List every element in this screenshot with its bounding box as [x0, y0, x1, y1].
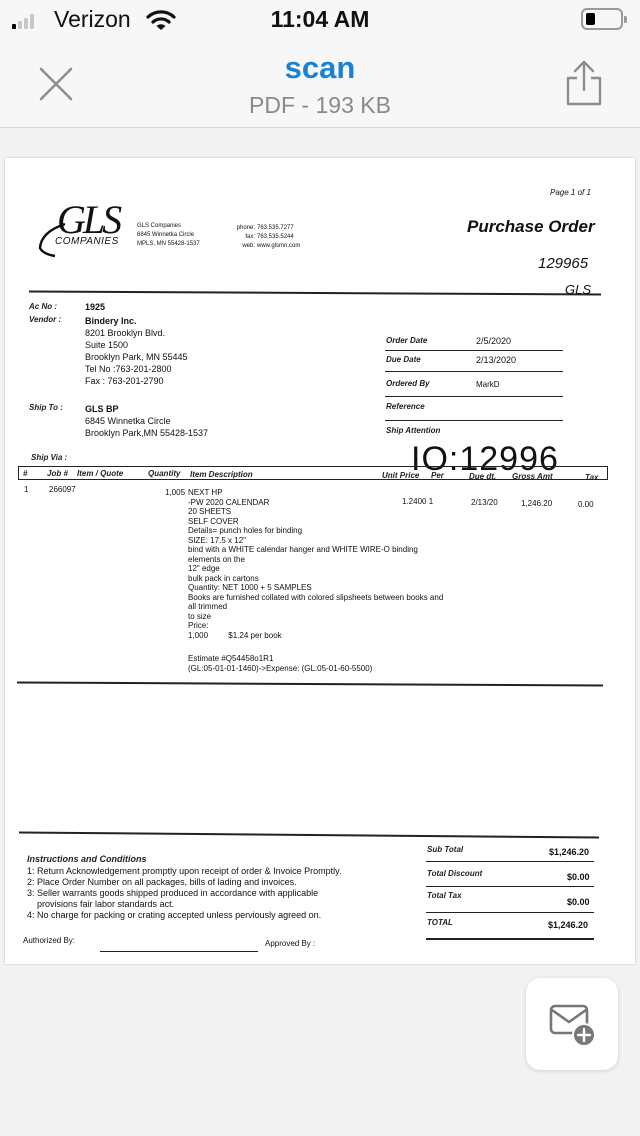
order-date-value: 2/5/2020 — [476, 336, 511, 346]
approved-by-label: Approved By : — [265, 939, 315, 948]
instructions-list: 1: Return Acknowledgement promptly upon … — [27, 866, 342, 921]
col-header-tax: Tax — [585, 473, 599, 482]
col-header-per: Per — [431, 471, 444, 480]
ship-attention-label: Ship Attention — [386, 426, 440, 435]
po-title: Purchase Order — [467, 217, 595, 237]
row-num: 1 — [24, 485, 28, 494]
due-date-label: Due Date — [386, 355, 421, 364]
logo-name: COMPANIES — [55, 236, 119, 247]
battery-icon — [581, 8, 623, 30]
ship-via-label: Ship Via : — [31, 453, 67, 462]
field-divider — [385, 350, 563, 351]
status-bar: Verizon 11:04 AM — [0, 0, 640, 40]
ordered-by-label: Ordered By — [386, 379, 430, 388]
company-contact-values: 763.535.7277 763.535.5244 www.glsmn.com — [257, 224, 300, 251]
ac-no-value: 1925 — [85, 302, 105, 312]
col-header-job: Job # — [47, 469, 68, 478]
totals-divider — [426, 912, 594, 913]
document-title: scan — [0, 50, 640, 86]
company-address: GLS Companies 6845 Winnetka Circle MPLS,… — [137, 222, 200, 249]
company-contact-labels: phone: fax: web: — [225, 224, 255, 251]
col-header-description: Item Description — [190, 470, 253, 479]
estimate-number: Estimate #Q54458o1R1 — [188, 654, 443, 664]
gl-codes: (GL:05-01-01-1460)->Expense: (GL:05-01-6… — [188, 664, 443, 674]
ordered-by-value: MarkD — [476, 380, 500, 389]
tax-value: $0.00 — [567, 897, 590, 907]
ship-to-label: Ship To : — [29, 403, 63, 412]
row-job: 266097 — [49, 485, 76, 494]
totals-divider — [426, 861, 594, 862]
ship-to-address: GLS BP 6845 Winnetka Circle Brooklyn Par… — [85, 403, 208, 439]
totals-divider — [426, 886, 594, 887]
row-due: 2/13/20 — [471, 498, 498, 507]
discount-value: $0.00 — [567, 872, 590, 882]
close-button[interactable] — [36, 64, 76, 104]
row-description: NEXT HP -PW 2020 CALENDAR 20 SHEETS SELF… — [188, 488, 443, 673]
field-divider — [385, 420, 563, 421]
wifi-icon — [146, 9, 176, 31]
document-subtitle: PDF - 193 KB — [0, 92, 640, 119]
page-label: Page 1 of 1 — [550, 188, 591, 197]
instructions-title: Instructions and Conditions — [27, 854, 147, 864]
col-header-item: Item / Quote — [77, 469, 123, 478]
price-text: $1.24 per book — [228, 631, 281, 640]
add-to-mail-button[interactable] — [526, 978, 618, 1070]
tax-label: Total Tax — [427, 891, 462, 900]
share-button[interactable] — [562, 58, 606, 108]
row-unit-price: 1.2400 1 — [402, 497, 433, 506]
col-header-quantity: Quantity — [148, 469, 180, 478]
pdf-page: Page 1 of 1 GLS COMPANIES GLS Companies … — [5, 158, 635, 964]
po-number: 129965 — [538, 255, 588, 272]
row-tax: 0.00 — [578, 500, 594, 509]
table-bottom-divider — [17, 681, 603, 686]
row-gross: 1,246.20 — [521, 499, 552, 508]
col-header-unit-price: Unit Price — [382, 471, 419, 480]
share-icon — [562, 58, 606, 108]
discount-label: Total Discount — [427, 869, 482, 878]
subtotal-label: Sub Total — [427, 845, 463, 854]
carrier-name: Verizon — [54, 6, 131, 33]
order-date-label: Order Date — [386, 336, 427, 345]
col-header-due: Due dt. — [469, 472, 496, 481]
reference-label: Reference — [386, 402, 425, 411]
vendor-label: Vendor : — [29, 315, 61, 324]
close-icon — [36, 64, 76, 104]
signal-strength-icon — [12, 13, 34, 29]
ac-no-label: Ac No : — [29, 302, 57, 311]
col-header-num: # — [23, 469, 27, 478]
authorized-by-label: Authorized By: — [23, 936, 75, 945]
footer-divider — [19, 831, 599, 838]
col-header-gross: Gross Amt — [512, 472, 553, 481]
nav-bar: scan PDF - 193 KB — [0, 40, 640, 128]
due-date-value: 2/13/2020 — [476, 355, 516, 365]
subtotal-value: $1,246.20 — [549, 847, 589, 857]
header-divider — [29, 291, 601, 296]
compose-mail-add-icon — [548, 1000, 598, 1050]
row-quantity: 1,005 — [165, 488, 185, 497]
price-qty: 1,000 — [188, 631, 208, 640]
field-divider — [385, 396, 563, 397]
vendor-address: Bindery Inc. 8201 Brooklyn Blvd. Suite 1… — [85, 315, 188, 387]
totals-bottom-divider — [426, 938, 594, 940]
total-value: $1,246.20 — [548, 920, 588, 930]
total-label: TOTAL — [427, 918, 453, 927]
signature-line — [100, 951, 258, 952]
field-divider — [385, 371, 563, 372]
